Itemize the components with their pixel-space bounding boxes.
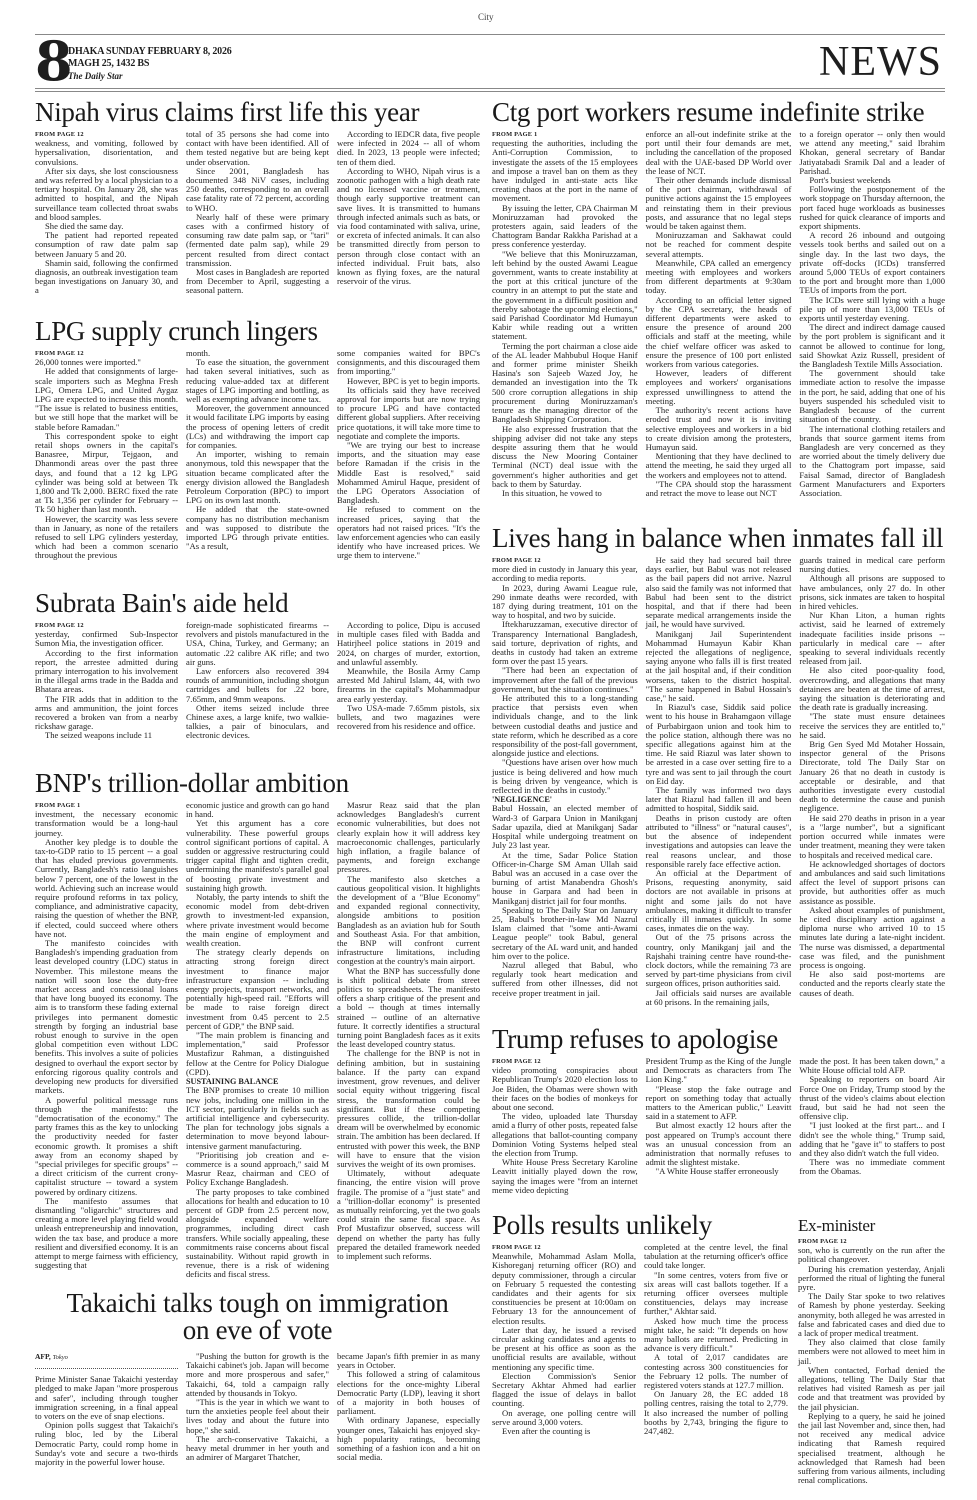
paragraph: President Trump as the King of the Jungl… (646, 1057, 792, 1085)
paragraph: Following the postponement of the work s… (799, 185, 945, 231)
column: President Trump as the King of the Jungl… (646, 1057, 792, 1195)
paragraph: Manikganj Jail Superintendent Mohammad H… (646, 630, 792, 704)
paragraph: The challenge for the BNP is not in defi… (337, 1049, 480, 1169)
column: became Japan's fifth premier in as many … (337, 1352, 480, 1467)
paragraph: The arch-conservative Takaichi, a heavy … (186, 1435, 329, 1463)
paragraph: Mentioning that they have declined to at… (646, 452, 792, 480)
headline: Nipah virus claims first life this year (35, 97, 480, 127)
header-rule-bottom (35, 88, 945, 89)
paragraph: After six days, she lost consciousness a… (35, 167, 178, 222)
date-bangla: MAGH 25, 1432 BS (68, 58, 232, 70)
paragraph: According to an official letter signed b… (646, 296, 792, 370)
paragraph: He acknowledged shortages of doctors and… (799, 860, 945, 906)
column: Masrur Reaz said that the plan acknowled… (337, 801, 480, 1280)
paragraph: guards trained in medical care perform n… (799, 556, 945, 574)
paragraph: "Questions have arisen over how much jus… (492, 758, 638, 795)
paragraph: weakness, and vomiting, followed by hype… (35, 139, 178, 167)
paragraph: An official at the Department of Prisons… (646, 869, 792, 933)
story-trump: Trump refuses to apologise FROM PAGE 12 … (492, 1024, 945, 1195)
paragraph: yesterday, confirmed Sub-Inspector Sumon… (35, 630, 178, 648)
paragraph: Shamin said, following the confirmed dia… (35, 259, 178, 296)
paragraph: There was no immediate comment from the … (799, 1158, 945, 1176)
column: FROM PAGE 12 Meanwhile, Mohammad Aslam M… (492, 1243, 636, 1436)
paragraph: "In some centres, voters from five or si… (644, 1271, 788, 1317)
paragraph: "A White House staffer erroneously (646, 1167, 792, 1176)
paragraph: An importer, wishing to remain anonymous… (186, 450, 329, 505)
paragraph: The international clothing retailers and… (799, 425, 945, 499)
paragraph: The manifesto coincides with Bangladesh'… (35, 939, 178, 1095)
paragraph: Law enforcers also recovered 394 rounds … (186, 667, 329, 704)
paragraph: The BNP promises to create 10 million ne… (186, 1086, 329, 1150)
paragraph: On average, one polling centre will serv… (492, 1409, 636, 1427)
paragraph: The authority's recent actions have erod… (646, 406, 792, 452)
column: According to IEDCR data, five people wer… (337, 130, 480, 296)
paragraph: According to IEDCR data, five people wer… (337, 130, 480, 167)
column: FROM PAGE 1 requesting the authorities, … (492, 130, 638, 498)
story-subrata: Subrata Bain's aide held FROM PAGE 12 ye… (35, 588, 480, 741)
location: Tokyo (53, 1354, 68, 1361)
story-polls: Polls results unlikely FROM PAGE 12 Mean… (492, 1210, 788, 1436)
paragraph: Notably, the party intends to shift the … (186, 893, 329, 948)
column: enforce an all-out indefinite strike at … (646, 130, 792, 498)
paragraph: When contacted, Forhad denied the allega… (798, 1366, 945, 1412)
paragraph: With ordinary Japanese, especially young… (337, 1416, 480, 1462)
paragraph: This followed a string of calamitous ele… (337, 1370, 480, 1416)
paragraph: The manifesto also sketches a cautious g… (337, 875, 480, 967)
date-gregorian: DHAKA SUNDAY FEBRUARY 8, 2026 (68, 46, 232, 58)
column: economic justice and growth can go hand … (186, 801, 329, 1280)
paragraph: "The CPA should stop the harassment and … (646, 480, 792, 498)
column: FROM PAGE 12 weakness, and vomiting, fol… (35, 130, 178, 296)
paragraph: Later that day, he issued a revised circ… (492, 1326, 636, 1372)
paragraph: The FIR adds that in addition to the arm… (35, 695, 178, 732)
paragraph: to a foreign operator -- only then would… (799, 130, 945, 176)
paragraph: By issuing the letter, CPA Chairman M Mo… (492, 204, 638, 250)
paragraph: Two USA-made 7.65mm pistols, six bullets… (337, 704, 480, 732)
paragraph: A powerful political message runs throug… (35, 1096, 178, 1197)
paragraph: Other items seized include three Chinese… (186, 704, 329, 741)
paragraph: The strategy clearly depends on attracti… (186, 948, 329, 1031)
paragraph: During his cremation yesterday, Anjali p… (798, 1265, 945, 1293)
paragraph: "The state must ensure detainees receive… (799, 712, 945, 740)
paragraph: Deaths in prison custody are often attri… (646, 814, 792, 869)
column: FROM PAGE 12 video promoting conspiracie… (492, 1057, 638, 1195)
paragraph: To ease the situation, the government ha… (186, 358, 329, 404)
headline: Ctg port workers resume indefinite strik… (492, 97, 945, 127)
paragraph: However, leaders of different employees … (646, 369, 792, 406)
paragraph: He added that consignments of large-scal… (35, 367, 178, 431)
headline: Trump refuses to apologise (492, 1024, 945, 1054)
paragraph: A total of 2,017 candidates are contesti… (644, 1353, 788, 1390)
story-ctg-port: Ctg port workers resume indefinite strik… (492, 97, 945, 498)
column: AFP, Tokyo Prime Minister Sanae Takaichi… (35, 1352, 178, 1467)
paragraph: video promoting conspiracies about Repub… (492, 1066, 638, 1112)
story-bnp: BNP's trillion-dollar ambition FROM PAGE… (35, 768, 480, 1280)
paragraph: some companies waited for BPC's consignm… (337, 349, 480, 377)
paragraph: According to WHO, Nipah virus is a zoono… (337, 167, 480, 287)
headline: Polls results unlikely (492, 1210, 788, 1240)
paragraph: Nazrul alleged that Babul, who regularly… (492, 961, 638, 998)
paragraph: Although all prisons are supposed to hav… (799, 574, 945, 611)
paragraph: The party proposes to take combined allo… (186, 1188, 329, 1280)
paragraph: What the BNP has successfully done is sh… (337, 967, 480, 1050)
paragraph: Their other demands include dismissal of… (646, 176, 792, 231)
paragraph: In 2023, during Awami League rule, 290 i… (492, 584, 638, 621)
paragraph: "This is the year in which we want to tu… (186, 1398, 329, 1435)
paragraph: Masrur Reaz said that the plan acknowled… (337, 801, 480, 875)
paragraph: made the post. It has been taken down," … (799, 1057, 945, 1075)
paragraph: Nur Khan Liton, a human rights activist,… (799, 611, 945, 666)
paragraph: enforce an all-out indefinite strike at … (646, 130, 792, 176)
paragraph: Asked how much time the process might ta… (644, 1317, 788, 1354)
paragraph: The video, uploaded late Thursday amid a… (492, 1112, 638, 1158)
paragraph: Babul Hossain, an elected member of Ward… (492, 804, 638, 850)
paragraph: The family was informed two days later t… (646, 786, 792, 814)
paragraph: Asked about examples of punishment, he c… (799, 906, 945, 970)
story-takaichi: Takaichi talks tough on immigration on e… (35, 1290, 480, 1467)
paragraph: At the time, Sadar Police Station Office… (492, 851, 638, 906)
paragraph: Meanwhile, Mohammad Aslam Molla, Kishore… (492, 1252, 636, 1326)
paragraph: Terming the port chairman a close aide o… (492, 342, 638, 425)
paragraph: He also said post-mortems are conducted … (799, 970, 945, 998)
headline: Lives hang in balance when inmates fall … (492, 523, 945, 553)
paragraph: He attributed this to a long-standing pr… (492, 694, 638, 758)
paragraph: In this situation, he vowed to (492, 489, 638, 498)
paragraph: He also expressed frustration that the s… (492, 425, 638, 489)
paragraph: Since 2001, Bangladesh has documented 34… (186, 167, 329, 213)
column: month. To ease the situation, the govern… (186, 349, 329, 561)
paragraph: Opinion polls suggest that Takaichi's ru… (35, 1421, 178, 1467)
paragraph: Speaking to The Daily Star on January 25… (492, 906, 638, 961)
paragraph: White House Press Secretary Karoline Lea… (492, 1158, 638, 1195)
column: foreign-made sophisticated firearms -- r… (186, 621, 329, 741)
column: guards trained in medical care perform n… (799, 556, 945, 1007)
column: "Pushing the button for growth is the Ta… (186, 1352, 329, 1467)
paragraph: son, who is currently on the run after t… (798, 1246, 945, 1264)
story-lpg: LPG supply crunch lingers FROM PAGE 12 2… (35, 316, 480, 561)
paragraph: On January 28, the EC added 18 polling c… (644, 1390, 788, 1436)
dateline: AFP, Tokyo (35, 1352, 178, 1369)
paragraph: Replying to a query, he said he joined t… (798, 1412, 945, 1486)
paragraph: investment, the necessary economic trans… (35, 810, 178, 838)
paragraph: A record 26 inbound and outgoing vessels… (799, 231, 945, 295)
paragraph: total of 35 persons she had come into co… (186, 130, 329, 167)
header-rule-bottom-double (35, 91, 945, 92)
paragraph: Iftekharuzzaman, executive director of T… (492, 620, 638, 666)
paragraph: Jail officials said nurses are available… (646, 989, 792, 1007)
column: to a foreign operator -- only then would… (799, 130, 945, 498)
paragraph: The direct and indirect damage caused by… (799, 323, 945, 369)
paragraph: Moreover, the government announced it wo… (186, 404, 329, 450)
paragraph: He refused to comment on the increased p… (337, 505, 480, 560)
headline: BNP's trillion-dollar ambition (35, 768, 480, 798)
paragraph: "Pushing the button for growth is the Ta… (186, 1352, 329, 1398)
paragraph: According to the first information repor… (35, 649, 178, 695)
headline: Takaichi talks tough on immigration on e… (35, 1290, 480, 1344)
column: FROM PAGE 12 yesterday, confirmed Sub-In… (35, 621, 178, 741)
paragraph: According to police, Dipu is accused in … (337, 621, 480, 667)
paragraph: But almost exactly 12 hours after the po… (646, 1121, 792, 1167)
column: completed at the centre level, the final… (644, 1243, 788, 1436)
header-rule-top (35, 34, 945, 35)
paragraph: Meanwhile, the Bosila Army Camp arrested… (337, 667, 480, 704)
paragraph: became Japan's fifth premier in as many … (337, 1352, 480, 1370)
paragraph: The government should take immediate act… (799, 369, 945, 424)
column: total of 35 persons she had come into co… (186, 130, 329, 296)
paragraph: He said 270 deaths in prison in a year i… (799, 814, 945, 860)
paragraph: Prime Minister Sanae Takaichi yesterday … (35, 1375, 178, 1421)
paragraph: He said they had secured bail three days… (646, 556, 792, 630)
paragraph: Speaking to reporters on board Air Force… (799, 1075, 945, 1121)
paragraph: "The main problem is financing and imple… (186, 1031, 329, 1077)
paragraph: They also claimed that close family memb… (798, 1338, 945, 1366)
column: FROM PAGE 12 26,000 tonnes were imported… (35, 349, 178, 561)
paragraph: Brig Gen Syed Md Motaher Hossain, inspec… (799, 740, 945, 814)
column: FROM PAGE 12 more died in custody in Jan… (492, 556, 638, 1007)
paragraph: Most cases in Bangladesh are reported fr… (186, 268, 329, 296)
paragraph: requesting the authorities, including th… (492, 139, 638, 203)
paragraph: "We believe that this Moniruzzaman, left… (492, 250, 638, 342)
paragraph: more died in custody in January this yea… (492, 565, 638, 583)
newspaper-logo: The Daily Star (68, 71, 123, 81)
column: According to police, Dipu is accused in … (337, 621, 480, 741)
paragraph: Nearly half of these were primary cases … (186, 213, 329, 268)
column: He said they had secured bail three days… (646, 556, 792, 1007)
paragraph: This correspondent spoke to eight retail… (35, 432, 178, 515)
source: AFP, (35, 1352, 51, 1361)
paragraph: The seized weapons include 11 (35, 731, 178, 740)
column: FROM PAGE 1 investment, the necessary ec… (35, 801, 178, 1280)
paragraph: "I just looked at the first part... and … (799, 1121, 945, 1158)
paragraph: "Please stop the fake outrage and report… (646, 1085, 792, 1122)
headline: LPG supply crunch lingers (35, 316, 480, 346)
paragraph: Out of the 75 prisons across the country… (646, 933, 792, 988)
paragraph: economic justice and growth can go hand … (186, 801, 329, 819)
page-number: 8 (35, 36, 73, 86)
column: FROM PAGE 12 son, who is currently on th… (798, 1237, 945, 1485)
paragraph: Another key pledge is to double the tax-… (35, 838, 178, 939)
paragraph: completed at the centre level, the final… (644, 1243, 788, 1271)
column: some companies waited for BPC's consignm… (337, 349, 480, 561)
paragraph: Election Commission's Senior Secretary A… (492, 1372, 636, 1409)
paragraph: Moniruzzaman and Sakhawat could not be r… (646, 231, 792, 259)
paragraph: Meanwhile, CPA called an emergency meeti… (646, 259, 792, 296)
paragraph: The manifesto assumes that dismantling "… (35, 1197, 178, 1271)
paragraph: He added that the state-owned company ha… (186, 505, 329, 551)
paragraph: "Prioritising job creation and e-commerc… (186, 1151, 329, 1188)
masthead-dates: DHAKA SUNDAY FEBRUARY 8, 2026 MAGH 25, 1… (68, 46, 232, 69)
paragraph: "There had been an expectation of improv… (492, 666, 638, 694)
section-tag: City (478, 12, 494, 22)
section-title: NEWS (819, 40, 942, 84)
paragraph: Even after the counting is (492, 1427, 636, 1436)
paragraph: In Riazul's case, Siddik said police wen… (646, 703, 792, 786)
paragraph: However, the scarcity was less severe th… (35, 515, 178, 561)
paragraph: The Daily Star spoke to two relatives of… (798, 1292, 945, 1338)
paragraph: The patient had reported repeated consum… (35, 231, 178, 259)
headline: Subrata Bain's aide held (35, 588, 480, 618)
story-nipah: Nipah virus claims first life this year … (35, 97, 480, 296)
paragraph: Yet this argument has a core vulnerabili… (186, 819, 329, 893)
paragraph: The ICDs were still lying with a huge pi… (799, 296, 945, 324)
paragraph: "We are trying our best to increase impo… (337, 441, 480, 505)
story-ex-minister: Ex-minister FROM PAGE 12 son, who is cur… (798, 1216, 945, 1485)
column: made the post. It has been taken down," … (799, 1057, 945, 1195)
paragraph: He also cited poor-quality food, overcro… (799, 666, 945, 712)
paragraph: foreign-made sophisticated firearms -- r… (186, 621, 329, 667)
story-inmates: Lives hang in balance when inmates fall … (492, 523, 945, 1007)
headline: Ex-minister (798, 1216, 945, 1236)
paragraph: Ultimately, without adequate financing, … (337, 1169, 480, 1261)
paragraph: Its officials said they have received ap… (337, 386, 480, 441)
